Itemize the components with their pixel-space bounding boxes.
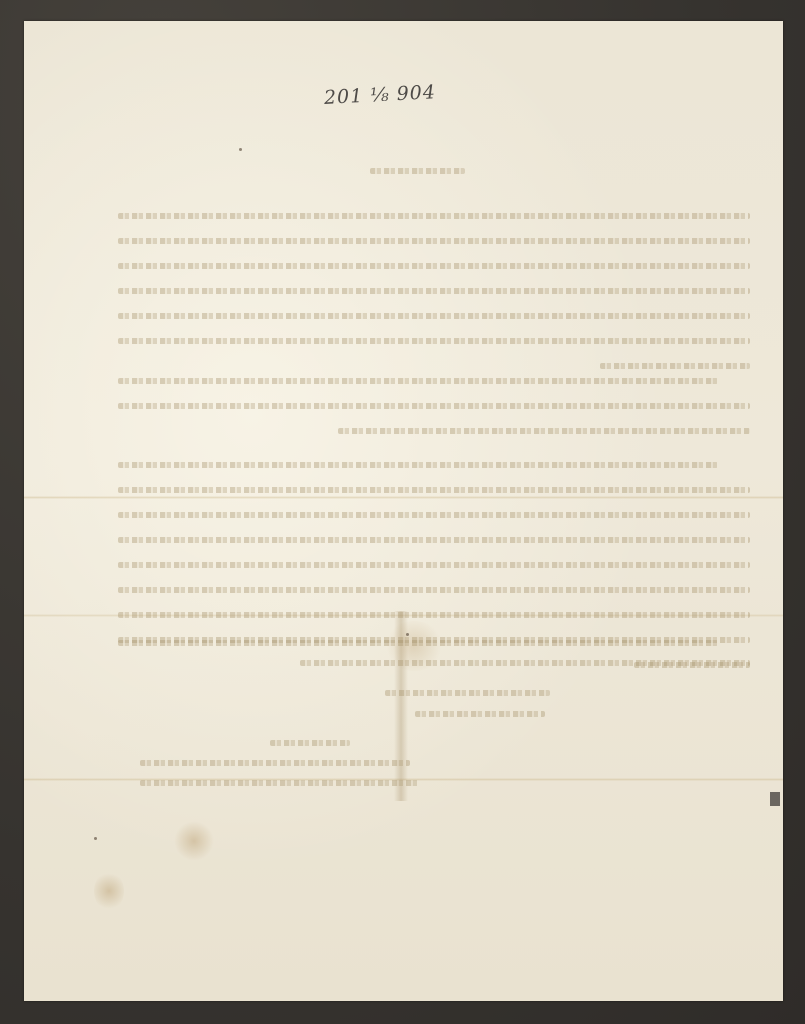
- paragraph-1-line: [118, 263, 750, 269]
- paragraph-3-line: [118, 562, 750, 568]
- paragraph-2-line: [338, 428, 750, 434]
- document-page: 201 ⅛ 904: [24, 21, 783, 1001]
- paragraph-2-line: [118, 378, 718, 384]
- closing-line: [385, 690, 550, 696]
- closing-line: [270, 740, 350, 746]
- paragraph-3-line: [118, 587, 750, 593]
- show-through-text: [24, 21, 783, 1001]
- paragraph-2-line: [118, 403, 750, 409]
- torn-edge-mark: [770, 792, 780, 806]
- paragraph-3-line: [118, 487, 750, 493]
- closing-line: [415, 711, 545, 717]
- show-through-heading: [370, 168, 465, 174]
- paragraph-4-line: [300, 660, 750, 666]
- paragraph-3-line: [118, 512, 750, 518]
- paragraph-3-line: [118, 462, 718, 468]
- closing-line: [140, 780, 420, 786]
- paragraph-3-line: [118, 537, 750, 543]
- paragraph-1-line: [600, 363, 750, 369]
- paragraph-1-line: [118, 213, 750, 219]
- paragraph-1-line: [118, 338, 750, 344]
- paragraph-3-line: [118, 612, 750, 618]
- paragraph-4-line: [118, 640, 718, 646]
- closing-line: [140, 760, 410, 766]
- paragraph-1-line: [118, 313, 750, 319]
- paragraph-1-line: [118, 238, 750, 244]
- paragraph-1-line: [118, 288, 750, 294]
